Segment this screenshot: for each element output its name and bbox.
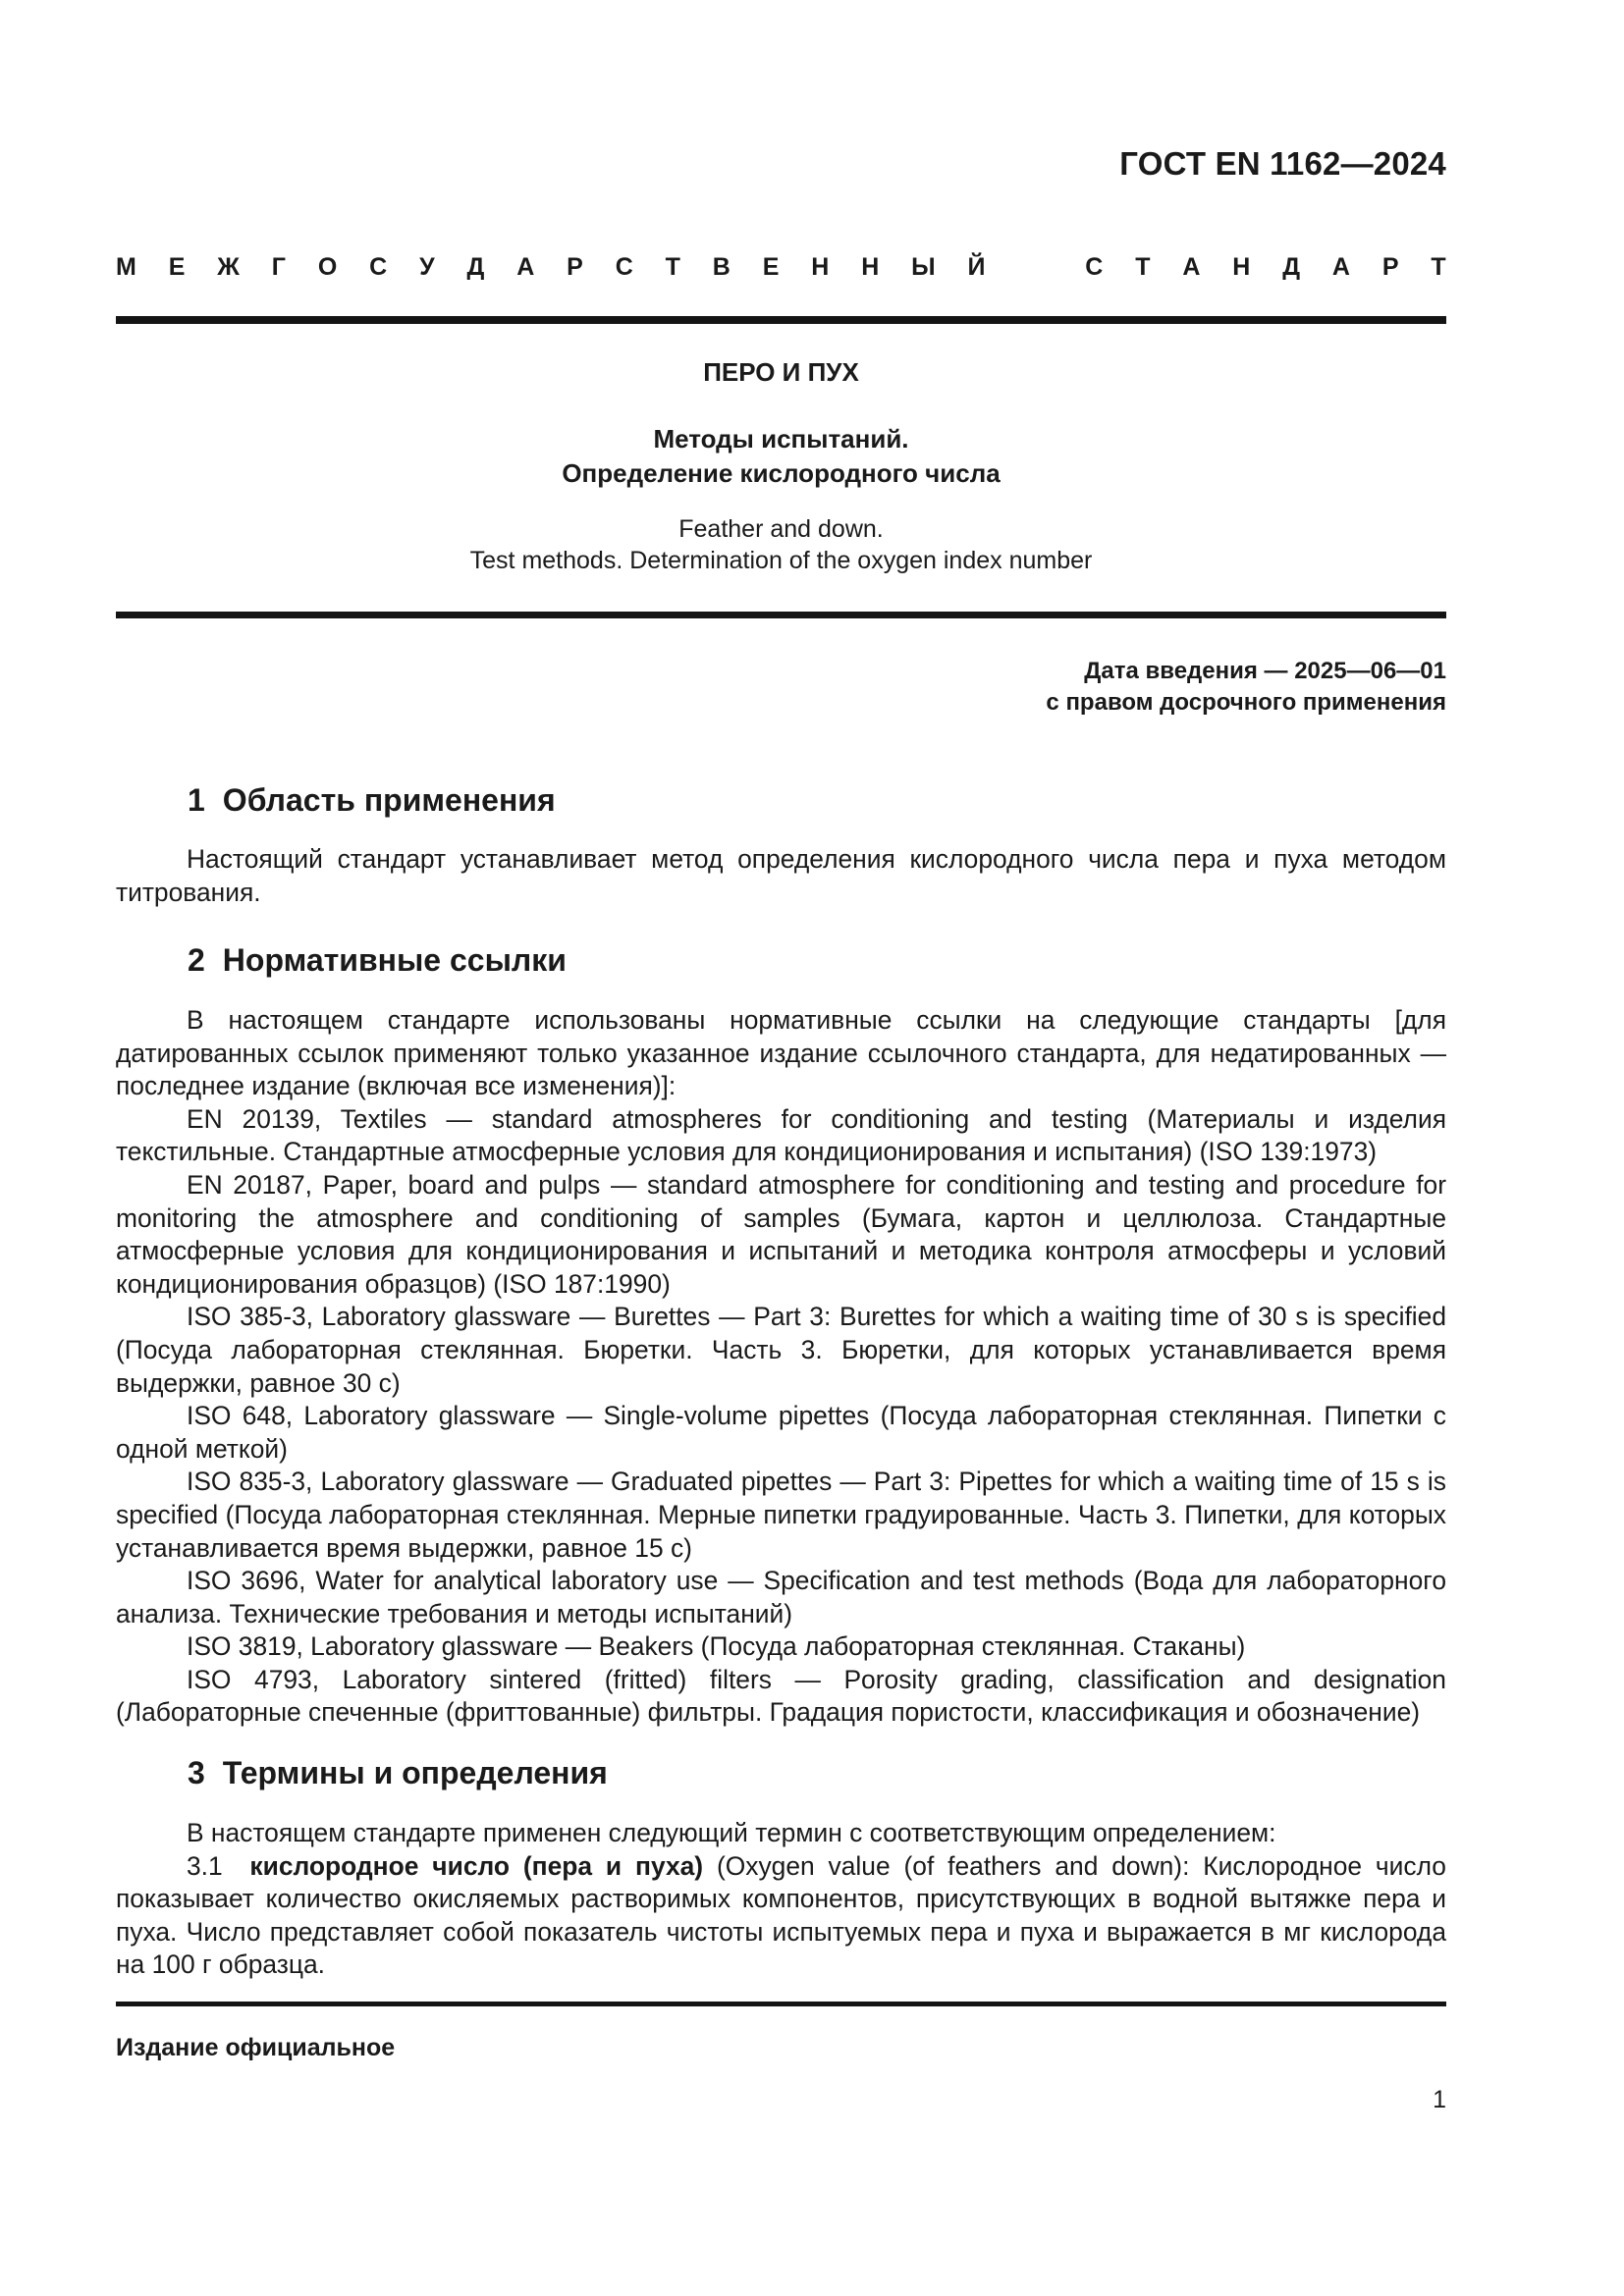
top-divider xyxy=(116,316,1446,324)
category-letter: М xyxy=(116,253,136,282)
section-title: Нормативные ссылки xyxy=(223,942,567,978)
section-heading-3: 3Термины и определения xyxy=(188,1755,608,1791)
category-letter: Н xyxy=(811,253,829,282)
page-number: 1 xyxy=(1433,2086,1446,2114)
standard-code: ГОСТ EN 1162—2024 xyxy=(1119,145,1446,183)
category-letter: Т xyxy=(666,253,680,282)
category-letter: У xyxy=(419,253,435,282)
section-1-body: Настоящий стандарт устанавливает метод о… xyxy=(116,843,1446,909)
reference-item: ISO 835-3, Laboratory glassware — Gradua… xyxy=(116,1466,1446,1565)
paragraph: В настоящем стандарте применен следующий… xyxy=(116,1817,1446,1850)
category-letter: В xyxy=(713,253,731,282)
reference-item: ISO 3819, Laboratory glassware — Beakers… xyxy=(116,1630,1446,1664)
category-letter: Д xyxy=(1282,253,1300,282)
category-letter: Р xyxy=(567,253,583,282)
section-number: 1 xyxy=(188,782,205,818)
section-3-body: В настоящем стандарте применен следующий… xyxy=(116,1817,1446,1982)
category-letter: О xyxy=(318,253,337,282)
term-name: кислородное число (пера и пуха) xyxy=(249,1851,703,1881)
category-letter: Й xyxy=(968,253,986,282)
term-number: 3.1 xyxy=(187,1851,223,1881)
reference-item: EN 20187, Paper, board and pulps — stand… xyxy=(116,1169,1446,1301)
category-letter: Е xyxy=(169,253,186,282)
reference-item: ISO 385-3, Laboratory glassware — Burett… xyxy=(116,1301,1446,1400)
category-letter: С xyxy=(616,253,633,282)
reference-item: ISO 648, Laboratory glassware — Single-v… xyxy=(116,1400,1446,1466)
category-letter: Ы xyxy=(911,253,935,282)
category-letter: Ж xyxy=(217,253,240,282)
paragraph: Настоящий стандарт устанавливает метод о… xyxy=(116,843,1446,909)
english-title-line-2: Test methods. Determination of the oxyge… xyxy=(116,545,1446,576)
category-letter: Р xyxy=(1382,253,1399,282)
category-letter: Т xyxy=(1431,253,1445,282)
section-2-body: В настоящем стандарте использованы норма… xyxy=(116,1004,1446,1730)
early-application-note: с правом досрочного применения xyxy=(1046,687,1446,719)
category-letter: Т xyxy=(1135,253,1150,282)
category-letter: С xyxy=(369,253,387,282)
category-letter: А xyxy=(1332,253,1350,282)
official-edition-label: Издание официальное xyxy=(116,2034,395,2062)
standard-category: МЕЖГОСУДАРСТВЕННЫЙСТАНДАРТ xyxy=(116,253,1446,282)
category-letter: А xyxy=(1182,253,1200,282)
category-letter: А xyxy=(516,253,534,282)
section-heading-1: 1Область применения xyxy=(188,782,556,819)
subtitle-line-1: Методы испытаний. xyxy=(116,422,1446,456)
english-title: Feather and down. Test methods. Determin… xyxy=(116,513,1446,576)
document-subtitle: Методы испытаний. Определение кислородно… xyxy=(116,422,1446,491)
reference-item: EN 20139, Textiles — standard atmosphere… xyxy=(116,1103,1446,1169)
section-number: 3 xyxy=(188,1755,205,1790)
reference-item: ISO 3696, Water for analytical laborator… xyxy=(116,1565,1446,1630)
paragraph: В настоящем стандарте использованы норма… xyxy=(116,1004,1446,1103)
subtitle-line-2: Определение кислородного числа xyxy=(116,456,1446,491)
document-title: ПЕРО И ПУХ xyxy=(116,357,1446,388)
section-number: 2 xyxy=(188,942,205,978)
section-heading-2: 2Нормативные ссылки xyxy=(188,942,567,979)
category-letter: Н xyxy=(861,253,879,282)
title-divider xyxy=(116,612,1446,618)
term-definition: 3.1 кислородное число (пера и пуха) (Oxy… xyxy=(116,1850,1446,1982)
category-letter: Н xyxy=(1232,253,1250,282)
category-letter xyxy=(1017,253,1053,282)
introduction-date-block: Дата введения — 2025—06—01 с правом доср… xyxy=(1046,656,1446,719)
english-title-line-1: Feather and down. xyxy=(116,513,1446,545)
section-title: Область применения xyxy=(223,782,556,818)
introduction-date: Дата введения — 2025—06—01 xyxy=(1046,656,1446,687)
reference-item: ISO 4793, Laboratory sintered (fritted) … xyxy=(116,1664,1446,1730)
category-letter: С xyxy=(1085,253,1103,282)
category-letter: Г xyxy=(272,253,286,282)
section-title: Термины и определения xyxy=(223,1755,608,1790)
footer-divider xyxy=(116,2002,1446,2006)
category-letter: Е xyxy=(763,253,780,282)
category-letter: Д xyxy=(467,253,485,282)
